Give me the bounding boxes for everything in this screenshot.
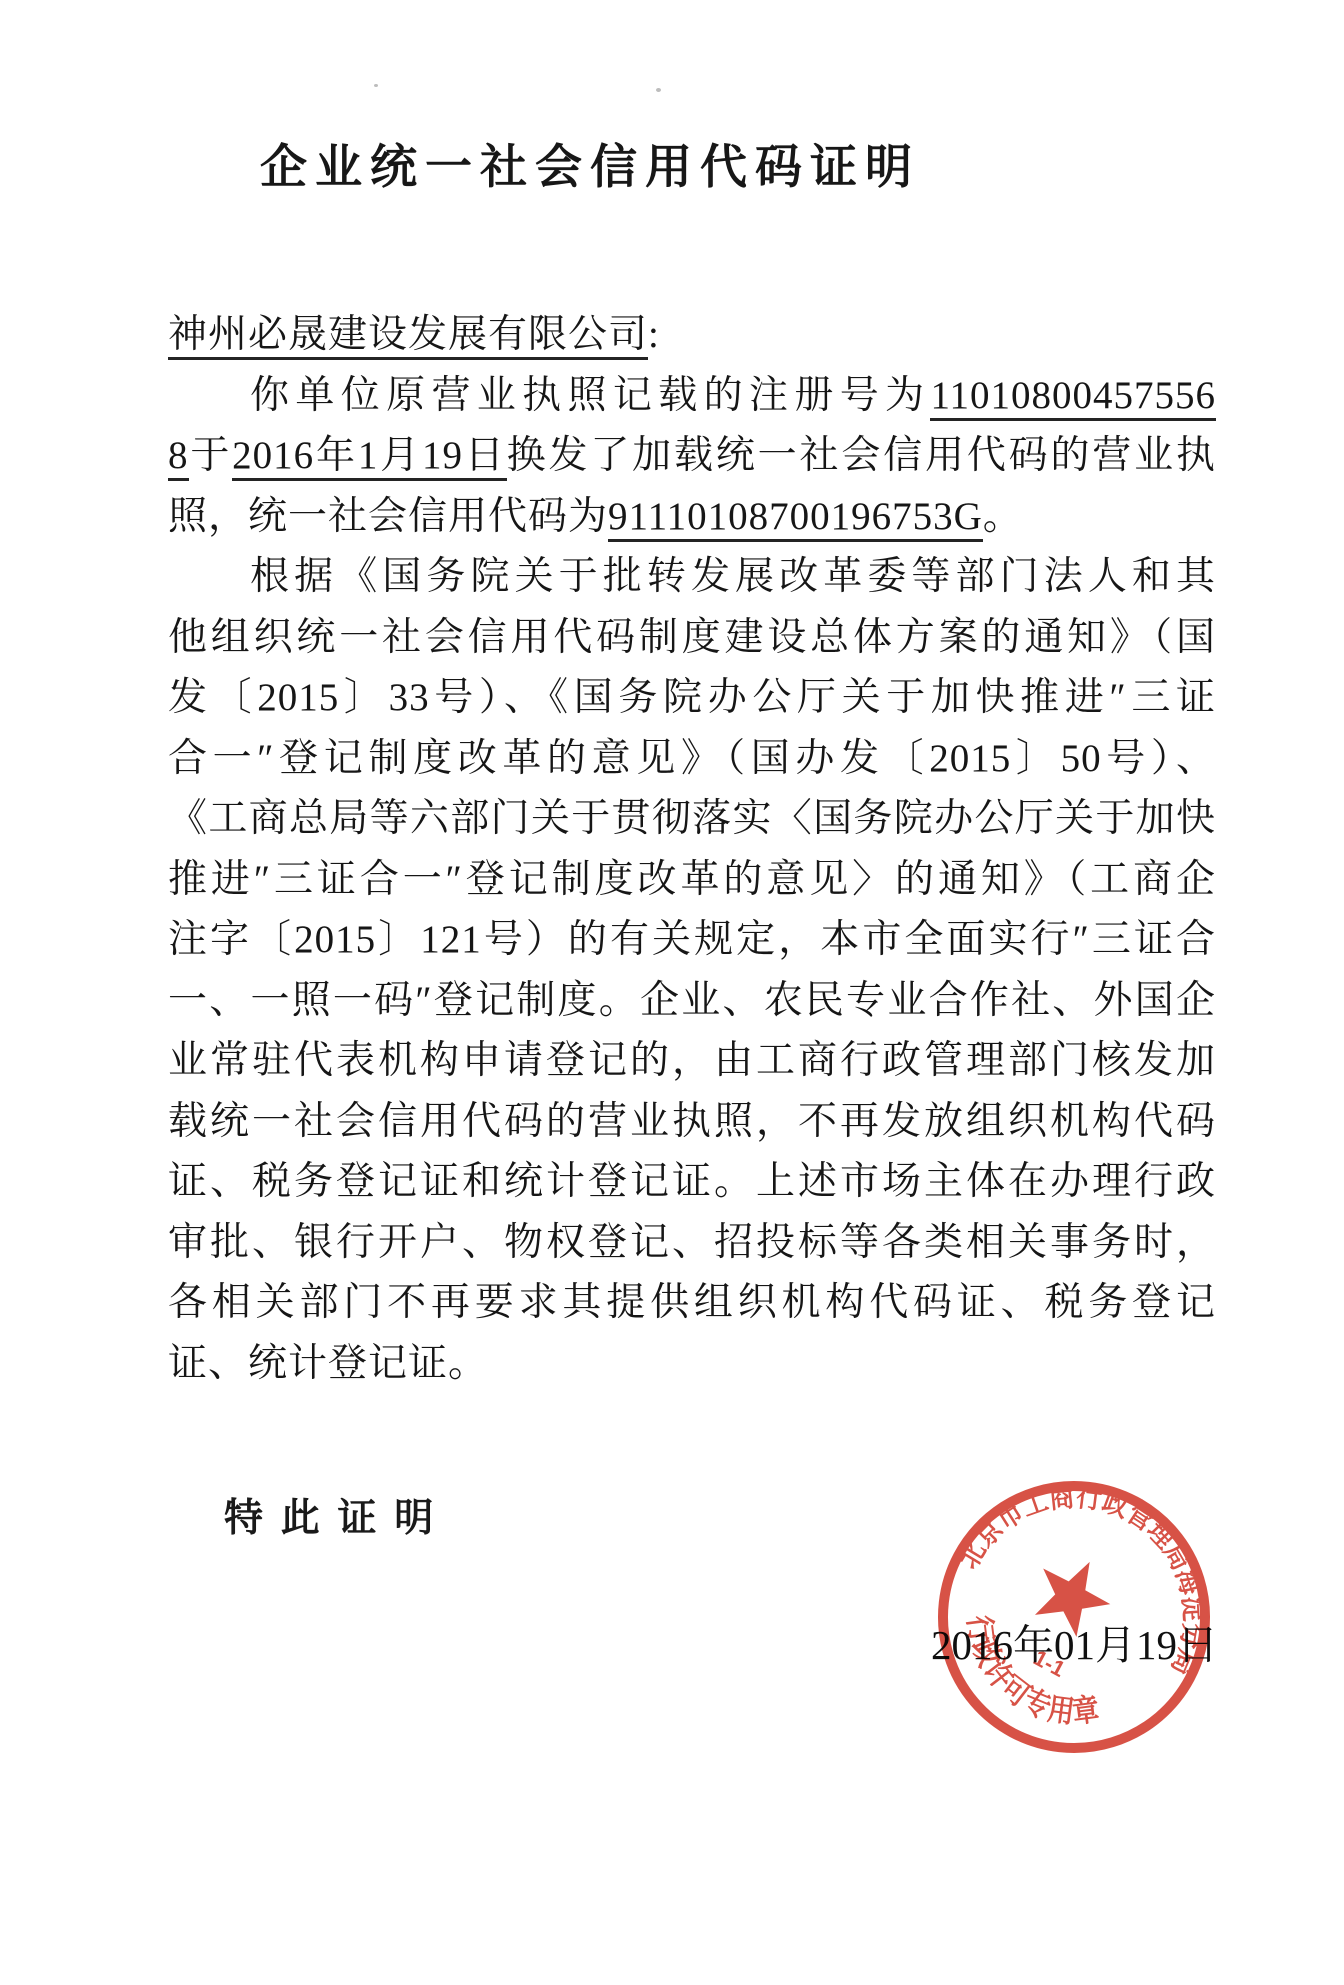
- doc-text: 换发了加载统一社会信用代码的营业执: [507, 434, 1216, 477]
- underlined-value: 91110108700196753G: [608, 495, 983, 542]
- doc-line: 他组织统一社会信用代码制度建设总体方案的通知》（国: [168, 608, 1216, 669]
- doc-text: 他组织统一社会信用代码制度建设总体方案的通知》（国: [168, 616, 1216, 659]
- doc-text: 注字〔2015〕121号）的有关规定，本市全面实行″三证合: [168, 918, 1216, 961]
- scan-speck: [374, 84, 378, 87]
- document-body: 神州必晟建设发展有限公司:你单位原营业执照记载的注册号为110108004575…: [168, 305, 1216, 1394]
- underlined-value: 2016年1月19日: [232, 434, 507, 481]
- doc-text: 审批、银行开户、物权登记、招投标等各类相关事务时，: [168, 1221, 1216, 1264]
- doc-text: :: [648, 313, 660, 356]
- doc-line: 业常驻代表机构申请登记的，由工商行政管理部门核发加: [168, 1031, 1216, 1092]
- underlined-value: 11010800457556: [930, 374, 1216, 421]
- doc-line: 8于2016年1月19日换发了加载统一社会信用代码的营业执: [168, 426, 1216, 487]
- doc-text: 于: [189, 434, 233, 477]
- doc-line: 你单位原营业执照记载的注册号为11010800457556: [168, 366, 1216, 427]
- doc-line: 照，统一社会信用代码为91110108700196753G。: [168, 487, 1216, 548]
- issue-date: 2016年01月19日: [931, 1612, 1218, 1671]
- doc-text: 一、一照一码″登记制度。企业、农民专业合作社、外国企: [168, 979, 1216, 1022]
- doc-line: 审批、银行开户、物权登记、招投标等各类相关事务时，: [168, 1213, 1216, 1274]
- certificate-page: 企业统一社会信用代码证明 神州必晟建设发展有限公司:你单位原营业执照记载的注册号…: [0, 0, 1344, 1985]
- doc-line: 根据《国务院关于批转发展改革委等部门法人和其: [168, 547, 1216, 608]
- doc-text: 照，统一社会信用代码为: [168, 495, 608, 538]
- closing-statement: 特 此 证 明: [224, 1487, 437, 1543]
- doc-line: 各相关部门不再要求其提供组织机构代码证、税务登记: [168, 1273, 1216, 1334]
- doc-text: 证、统计登记证。: [168, 1342, 488, 1385]
- doc-line: 载统一社会信用代码的营业执照，不再发放组织机构代码: [168, 1092, 1216, 1153]
- doc-text: 。: [983, 495, 1023, 538]
- doc-line: 《工商总局等六部门关于贯彻落实〈国务院办公厅关于加快: [168, 789, 1216, 850]
- doc-text: 发〔2015〕33号）、《国务院办公厅关于加快推进″三证: [168, 676, 1216, 719]
- doc-text: 载统一社会信用代码的营业执照，不再发放组织机构代码: [168, 1100, 1216, 1143]
- doc-line: 一、一照一码″登记制度。企业、农民专业合作社、外国企: [168, 971, 1216, 1032]
- doc-line: 神州必晟建设发展有限公司:: [168, 305, 1216, 366]
- doc-text: 各相关部门不再要求其提供组织机构代码证、税务登记: [168, 1281, 1216, 1324]
- doc-line: 推进″三证合一″登记制度改革的意见〉的通知》（工商企: [168, 850, 1216, 911]
- doc-text: 合一″登记制度改革的意见》（国办发〔2015〕50号）、: [168, 737, 1216, 780]
- doc-text: 《工商总局等六部门关于贯彻落实〈国务院办公厅关于加快: [168, 797, 1216, 840]
- doc-text: 业常驻代表机构申请登记的，由工商行政管理部门核发加: [168, 1039, 1216, 1082]
- doc-line: 证、税务登记证和统计登记证。上述市场主体在办理行政: [168, 1152, 1216, 1213]
- doc-text: 你单位原营业执照记载的注册号为: [250, 374, 930, 417]
- underlined-value: 神州必晟建设发展有限公司: [168, 313, 648, 360]
- doc-line: 发〔2015〕33号）、《国务院办公厅关于加快推进″三证: [168, 668, 1216, 729]
- doc-line: 证、统计登记证。: [168, 1334, 1216, 1395]
- doc-line: 合一″登记制度改革的意见》（国办发〔2015〕50号）、: [168, 729, 1216, 790]
- doc-text: 推进″三证合一″登记制度改革的意见〉的通知》（工商企: [168, 858, 1216, 901]
- doc-text: 根据《国务院关于批转发展改革委等部门法人和其: [250, 555, 1216, 598]
- page-title: 企业统一社会信用代码证明: [260, 130, 920, 197]
- doc-line: 注字〔2015〕121号）的有关规定，本市全面实行″三证合: [168, 910, 1216, 971]
- underlined-value: 8: [168, 434, 189, 481]
- scan-speck: [656, 88, 661, 92]
- doc-text: 证、税务登记证和统计登记证。上述市场主体在办理行政: [168, 1160, 1216, 1203]
